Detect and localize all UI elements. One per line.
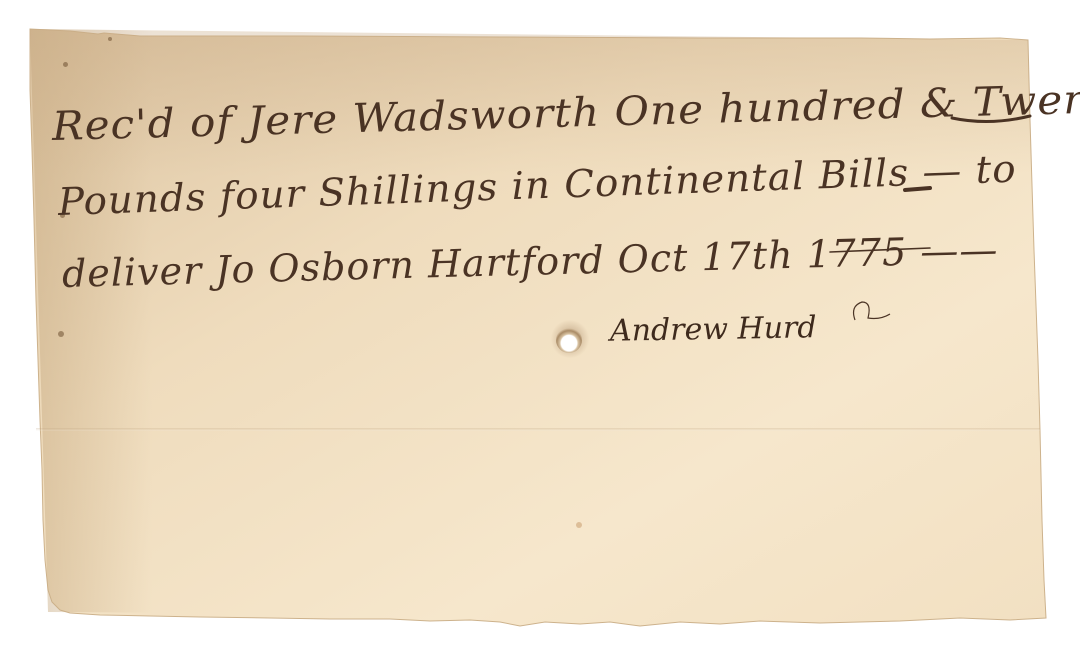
foxing-spot	[108, 37, 112, 41]
paper-hole	[556, 327, 582, 353]
foxing-spot	[63, 62, 68, 67]
fold-crease	[36, 428, 1040, 431]
document-photo: Rec'd of Jere Wadsworth One hundred & Tw…	[0, 0, 1080, 655]
foxing-spot	[58, 331, 64, 337]
signature: Andrew Hurd	[610, 310, 817, 349]
foxing-spot	[576, 522, 582, 528]
